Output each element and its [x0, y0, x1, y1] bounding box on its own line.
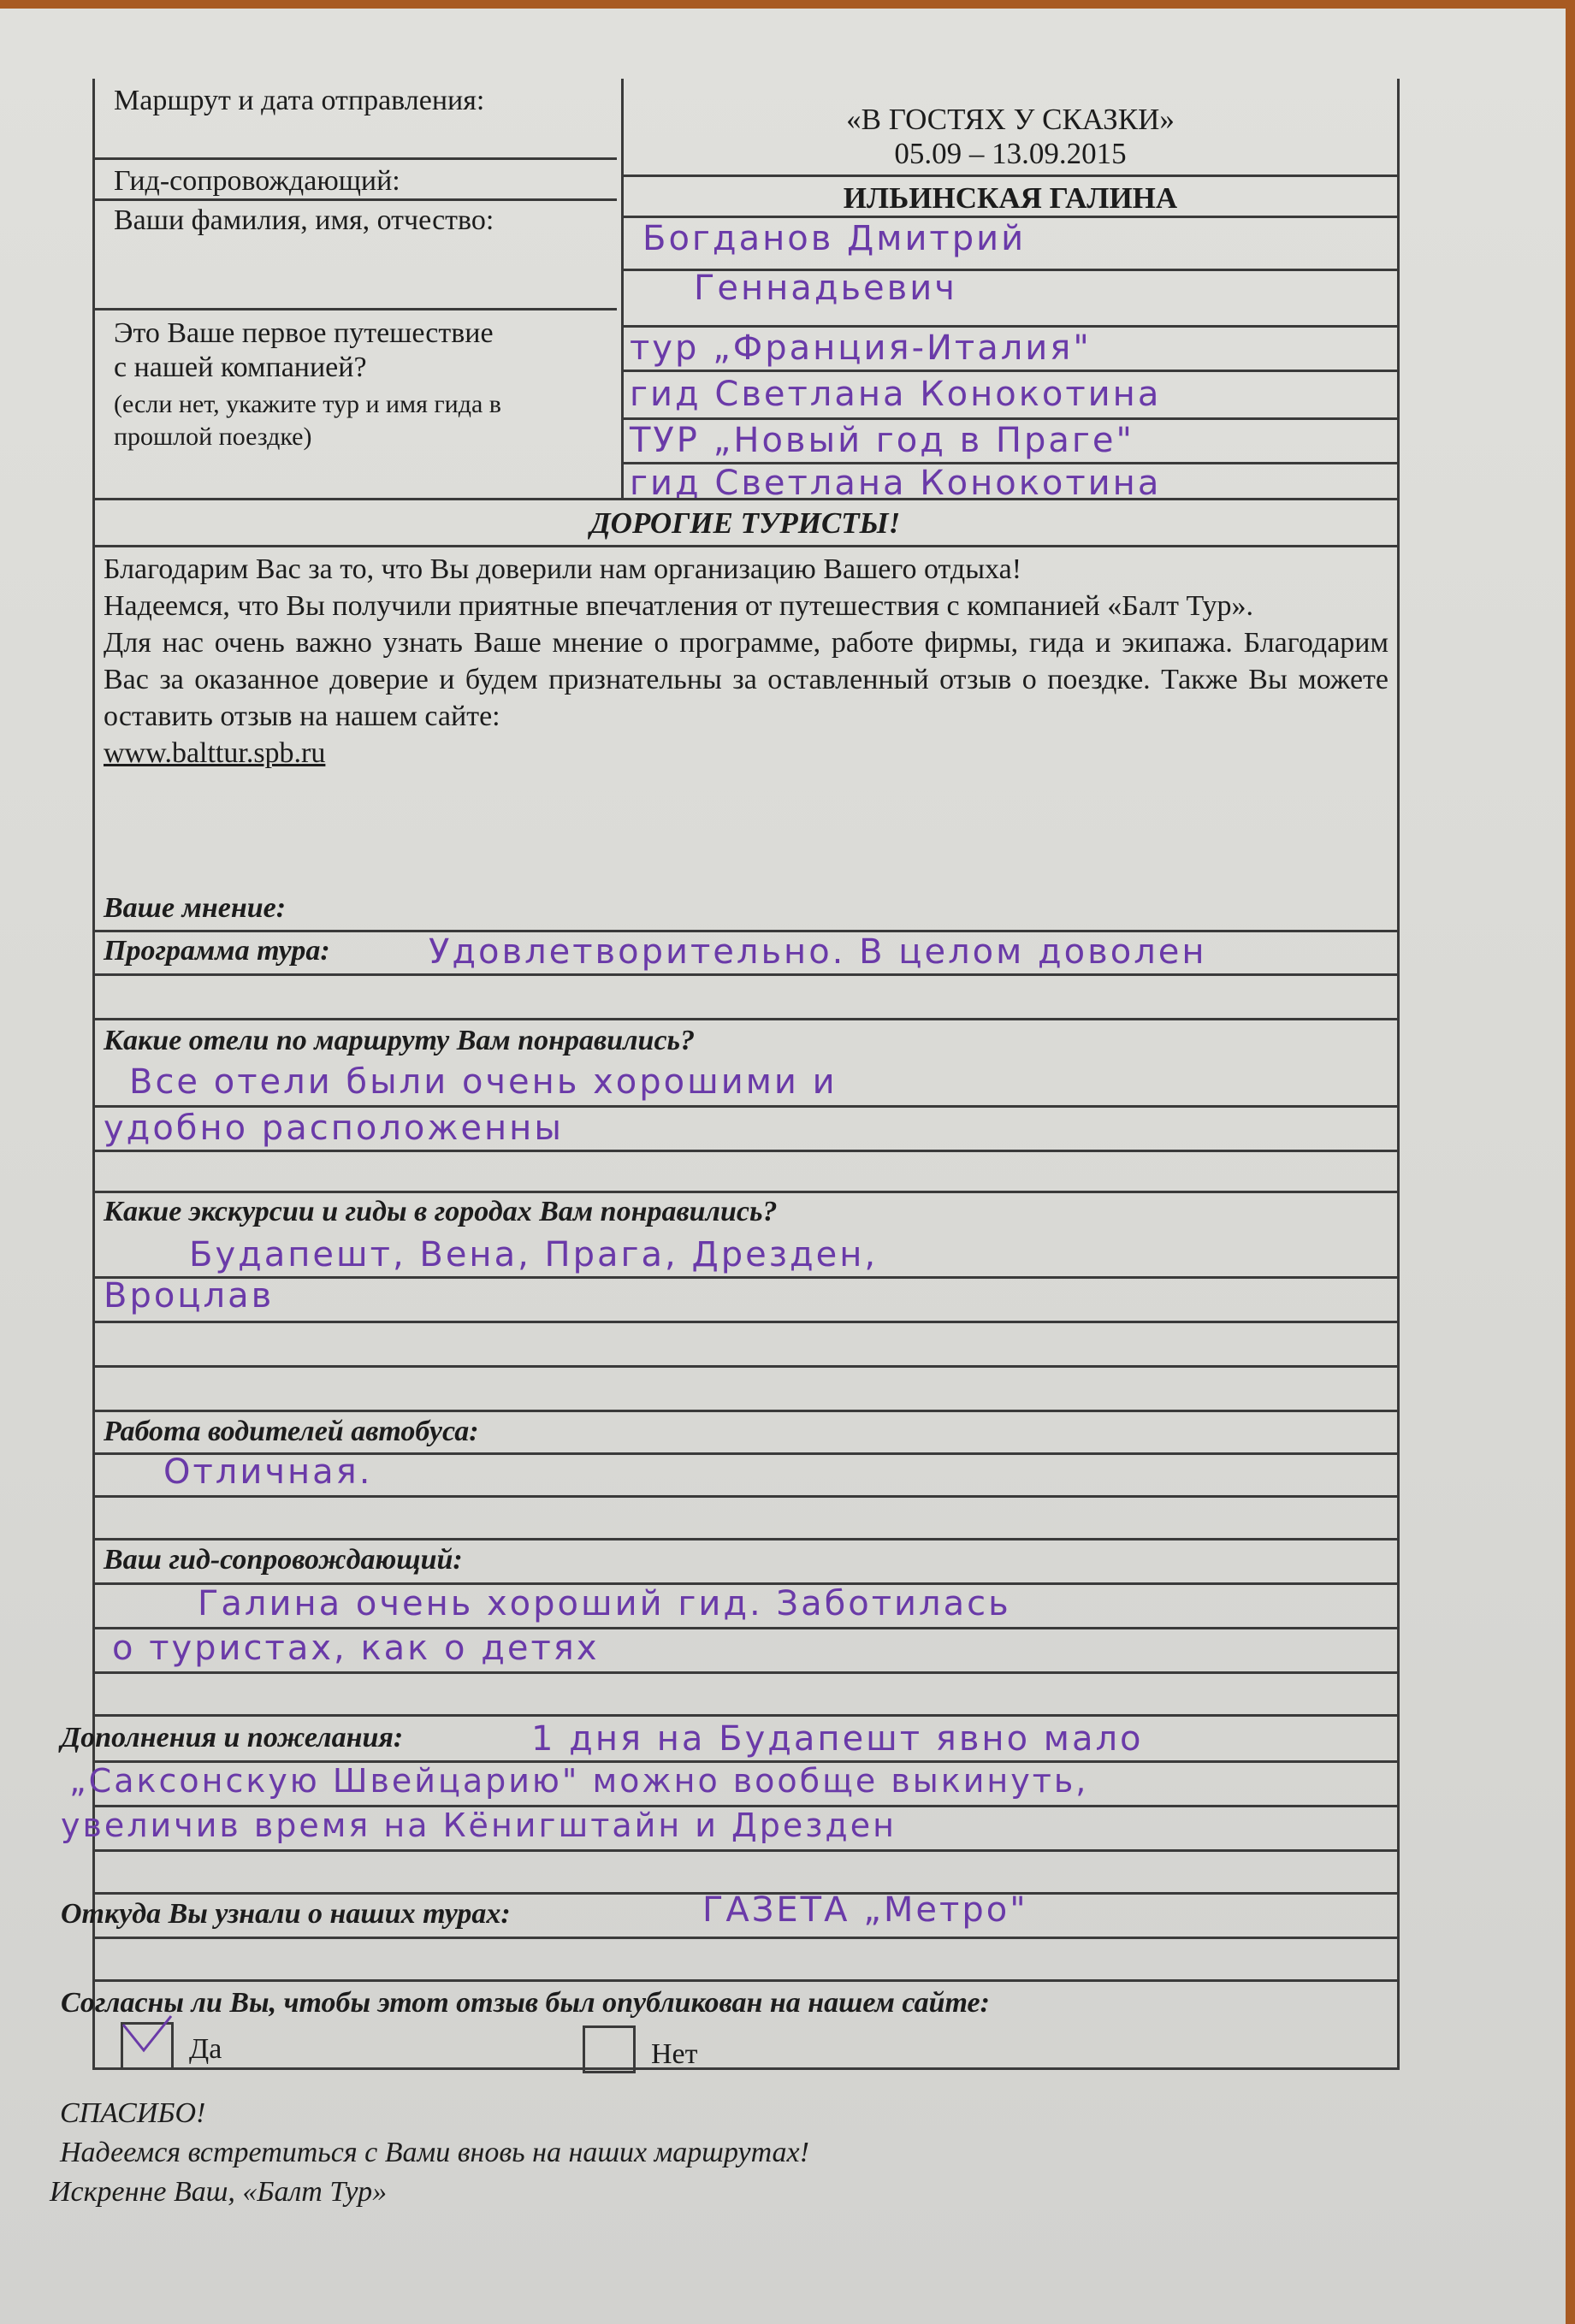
publish-yes-label: Да — [189, 2032, 222, 2067]
hotels-answer-line-1: Все отели были очень хорошими и — [129, 1062, 838, 1102]
footer-signature: Искренне Ваш, «Балт Тур» — [50, 2173, 809, 2212]
footer-line-2: Надеемся встретиться с Вами вновь на наш… — [60, 2133, 809, 2173]
divider — [621, 370, 1397, 372]
divider — [95, 1714, 1397, 1717]
feedback-form: Маршрут и дата отправления: «В ГОСТЯХ У … — [92, 79, 1400, 2070]
divider — [95, 1538, 1397, 1540]
divider — [95, 1937, 1397, 1939]
divider — [95, 1018, 1397, 1020]
first-trip-hint-1: (если нет, укажите тур и имя гида в — [114, 388, 501, 421]
excursions-answer-line-2: Вроцлав — [104, 1276, 274, 1316]
excursions-answer-line-1: Будапешт, Вена, Прага, Дрезден, — [189, 1235, 878, 1274]
intro-title: ДОРОГИЕ ТУРИСТЫ! — [95, 506, 1395, 541]
divider — [95, 1365, 1397, 1368]
intro-text: Благодарим Вас за то, что Вы доверили на… — [104, 551, 1388, 772]
paper-sheet: Маршрут и дата отправления: «В ГОСТЯХ У … — [0, 9, 1566, 2324]
divider — [95, 498, 1397, 500]
divider — [95, 1321, 1397, 1323]
wishes-answer-line-1: 1 дня на Будапешт явно мало — [531, 1719, 1144, 1759]
name-label: Ваши фамилия, имя, отчество: — [114, 204, 494, 238]
divider — [95, 1276, 1397, 1279]
guide-answer-line-2: о туристах, как о детях — [112, 1629, 600, 1668]
drivers-label: Работа водителей автобуса: — [104, 1415, 479, 1449]
divider — [95, 157, 617, 160]
excursions-label: Какие экскурсии и гиды в городах Вам пон… — [104, 1195, 778, 1229]
first-trip-hint-2: прошлой поездке) — [114, 421, 312, 453]
first-trip-label-2: с нашей компанией? — [114, 351, 367, 385]
first-trip-line-2: гид Светлана Конокотина — [630, 375, 1161, 414]
divider — [95, 1849, 1397, 1852]
first-trip-line-1: тур „Франция-Италия" — [630, 328, 1092, 368]
name-line-1: Богданов Дмитрий — [642, 219, 1026, 258]
checkmark-icon — [120, 2013, 180, 2064]
wishes-answer-line-2: „Саксонскую Швейцарию" можно вообще выки… — [69, 1762, 1088, 1800]
publish-yes-checkbox[interactable] — [121, 2022, 174, 2070]
wishes-label: Дополнения и пожелания: — [61, 1721, 403, 1755]
first-trip-label-1: Это Ваше первое путешествие — [114, 316, 494, 351]
source-label: Откуда Вы узнали о наших турах: — [61, 1897, 511, 1931]
route-value: «В ГОСТЯХ У СКАЗКИ» — [625, 103, 1395, 137]
divider — [621, 216, 1397, 218]
divider — [95, 1410, 1397, 1412]
footer: СПАСИБО! Надеемся встретиться с Вами вно… — [60, 2094, 809, 2212]
first-trip-line-3: ТУР „Новый год в Праге" — [630, 421, 1134, 460]
divider — [95, 1671, 1397, 1674]
name-line-2: Геннадьевич — [694, 269, 957, 308]
publish-no-checkbox[interactable] — [583, 2025, 636, 2073]
divider — [95, 308, 617, 310]
guide-answer-line-1: Галина очень хороший гид. Заботилась — [198, 1584, 1011, 1623]
publish-label: Согласны ли Вы, чтобы этот отзыв был опу… — [61, 1986, 990, 2020]
divider — [95, 1150, 1397, 1152]
guide-label: Гид-сопровождающий: — [114, 164, 400, 198]
wishes-answer-line-3: увеличив время на Кёнигштайн и Дрезден — [61, 1807, 897, 1844]
publish-no-label: Нет — [651, 2037, 698, 2072]
intro-paragraph-2: Надеемся, что Вы получили приятные впеча… — [104, 588, 1388, 624]
program-label: Программа тура: — [104, 934, 330, 968]
column-divider — [621, 79, 624, 498]
divider — [621, 417, 1397, 420]
opinion-heading: Ваше мнение: — [104, 891, 286, 925]
hotels-label: Какие отели по маршруту Вам понравились? — [104, 1024, 695, 1058]
divider — [95, 1979, 1397, 1982]
route-label: Маршрут и дата отправления: — [114, 84, 484, 118]
route-dates: 05.09 – 13.09.2015 — [625, 137, 1395, 171]
source-answer: ГАЗЕТА „Метро" — [702, 1890, 1028, 1930]
guide-value: ИЛЬИНСКАЯ ГАЛИНА — [625, 181, 1395, 216]
divider — [95, 1105, 1397, 1108]
program-answer: Удовлетворительно. В целом доволен — [429, 932, 1207, 972]
website-link[interactable]: www.balttur.spb.ru — [104, 737, 325, 769]
divider — [95, 1191, 1397, 1193]
divider — [95, 973, 1397, 976]
footer-thanks: СПАСИБО! — [60, 2094, 809, 2133]
intro-paragraph-1: Благодарим Вас за то, что Вы доверили на… — [104, 551, 1388, 588]
divider — [95, 1495, 1397, 1498]
intro-paragraph-3: Для нас очень важно узнать Ваше мнение о… — [104, 624, 1388, 735]
drivers-answer: Отличная. — [163, 1452, 372, 1492]
divider — [95, 198, 617, 201]
guide-opinion-label: Ваш гид-сопровождающий: — [104, 1543, 463, 1577]
hotels-answer-line-2: удобно расположенны — [104, 1109, 564, 1148]
divider — [621, 325, 1397, 328]
divider — [621, 174, 1397, 177]
divider — [95, 545, 1397, 547]
